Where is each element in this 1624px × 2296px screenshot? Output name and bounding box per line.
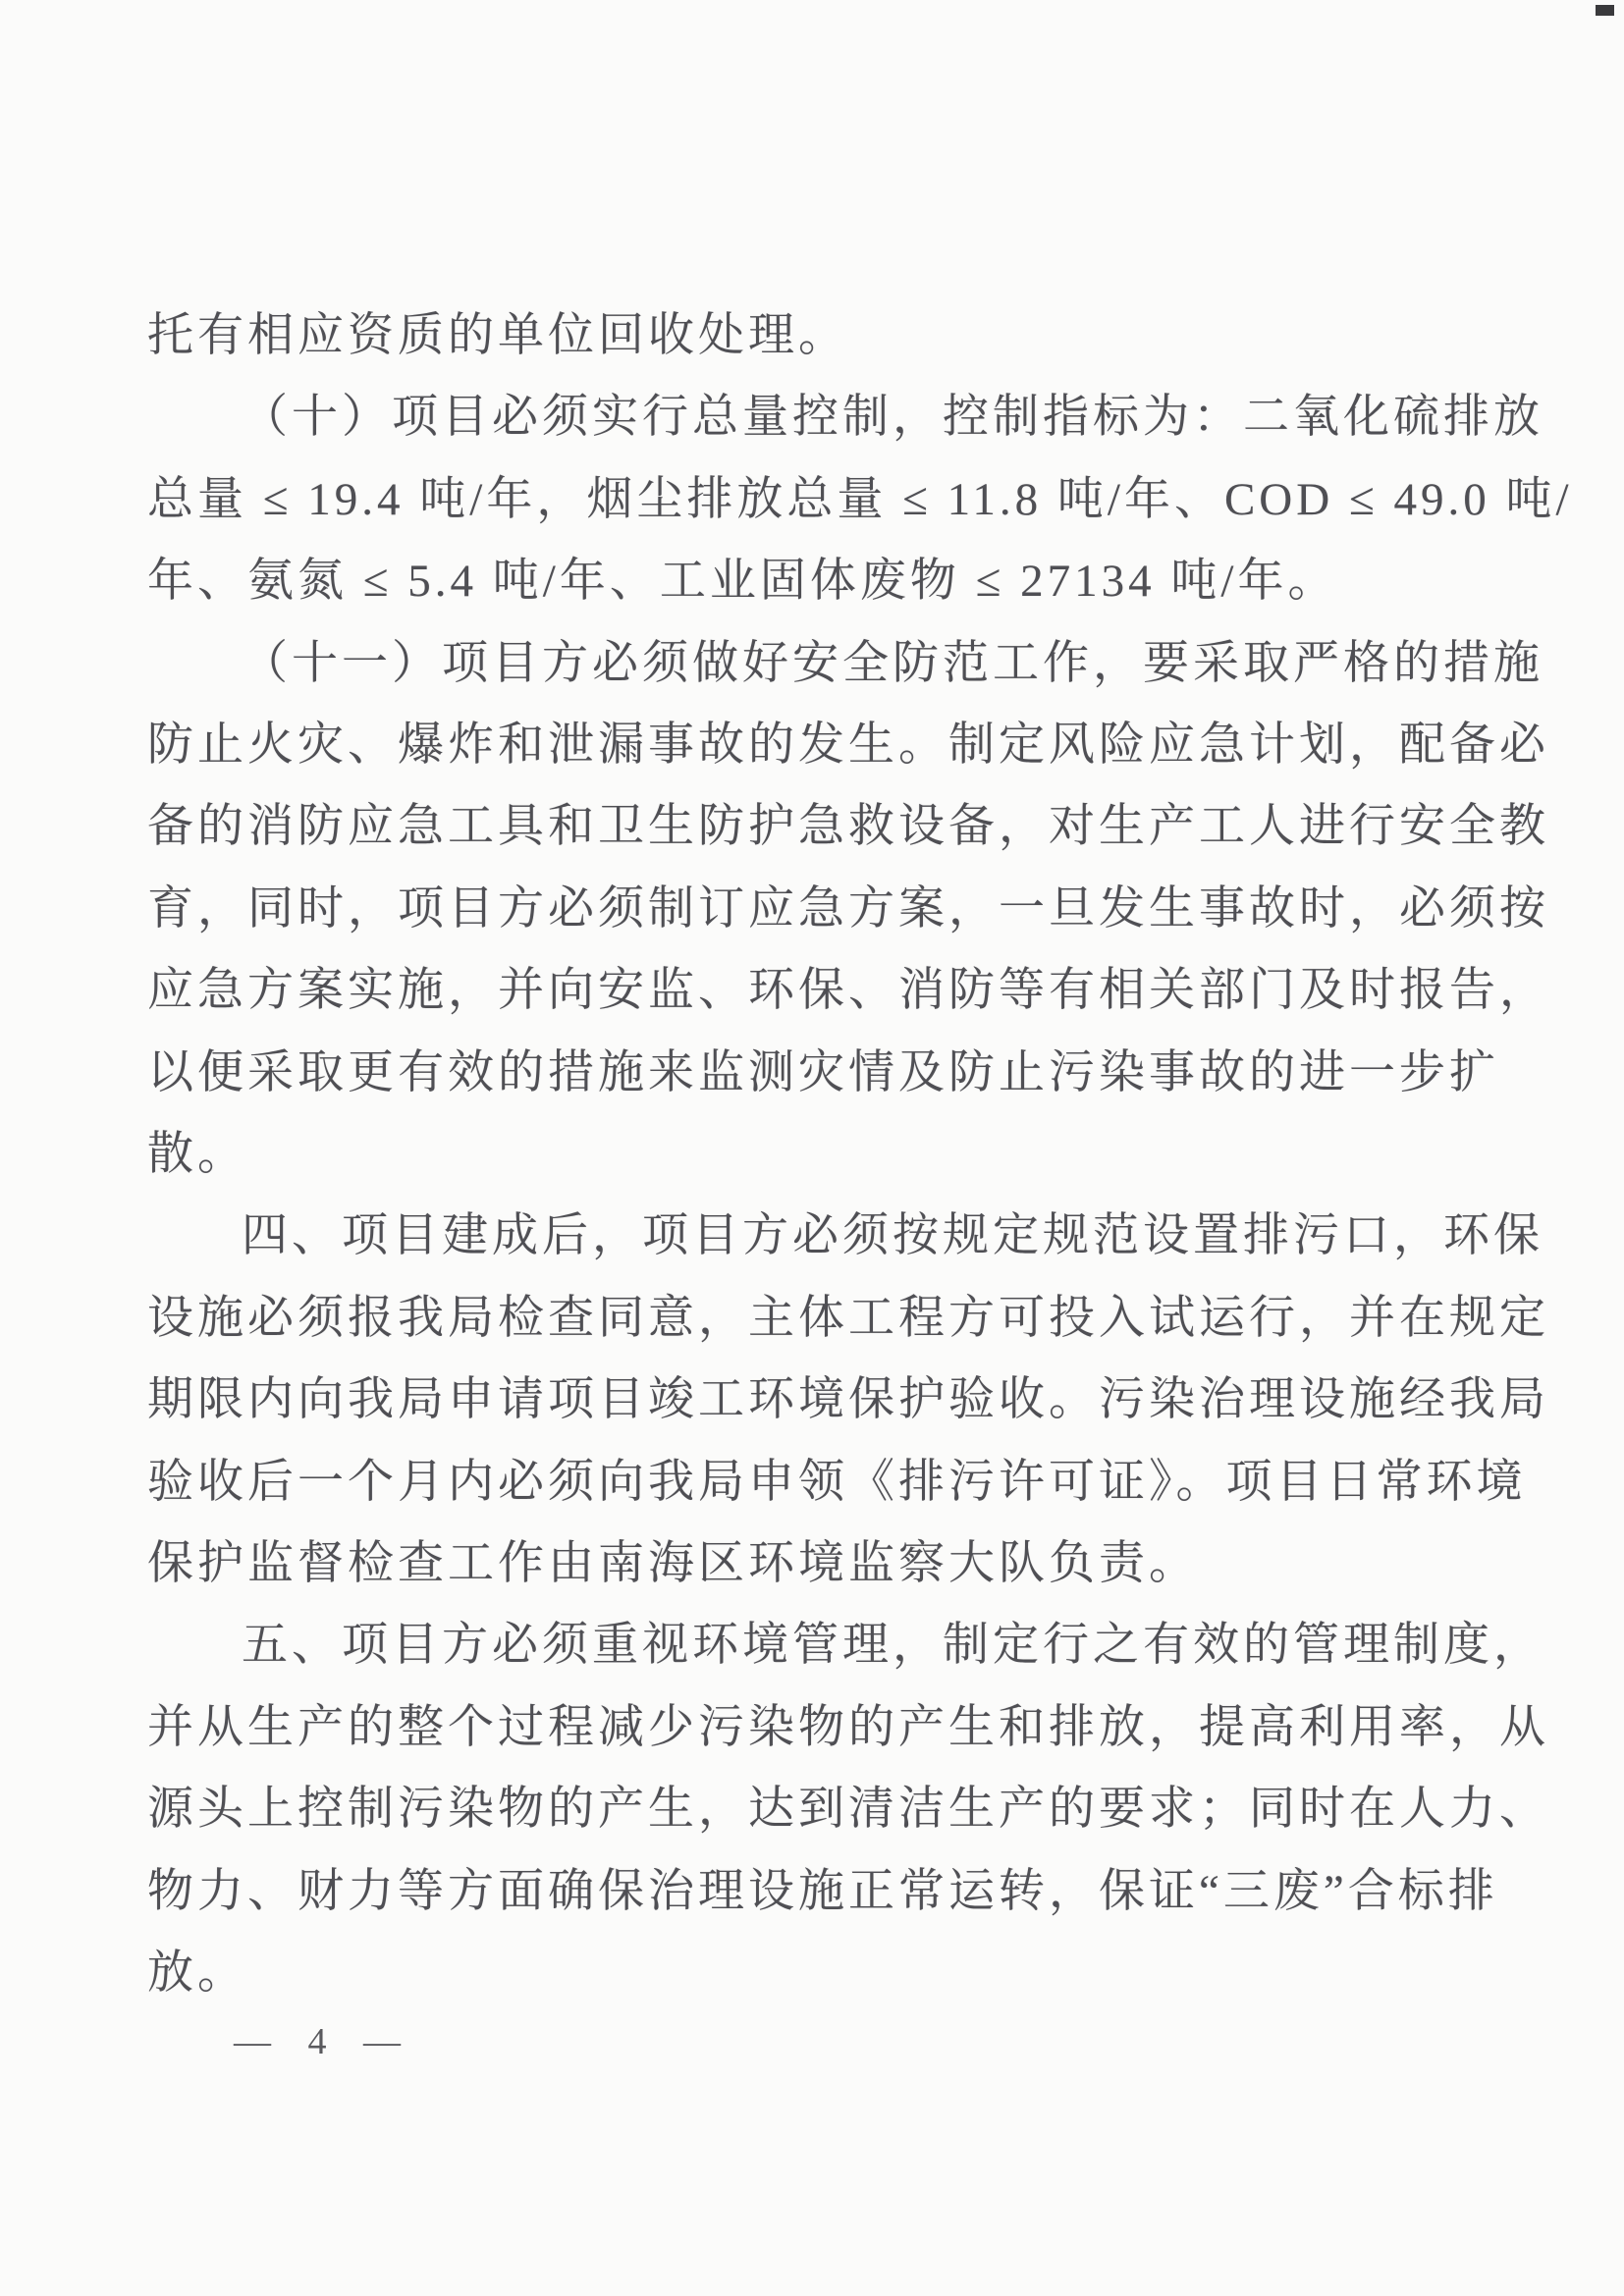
text-line: 总量 ≤ 19.4 吨/年，烟尘排放总量 ≤ 11.8 吨/年、COD ≤ 49…: [147, 470, 1542, 539]
text-line: 物力、财力等方面确保治理设施正常运转，保证“三废”合标排: [147, 1862, 1542, 1931]
text-line: 期限内向我局申请项目竣工环境保护验收。污染治理设施经我局: [147, 1370, 1542, 1439]
text-line: 验收后一个月内必须向我局申领《排污许可证》。项目日常环境: [147, 1453, 1542, 1522]
text-line: 年、氨氮 ≤ 5.4 吨/年、工业固体废物 ≤ 27134 吨/年。: [147, 552, 1542, 620]
text-line: 五、项目方必须重视环境管理，制定行之有效的管理制度，: [147, 1616, 1624, 1684]
text-line: 设施必须报我局检查同意，主体工程方可投入试运行，并在规定: [147, 1289, 1542, 1358]
scan-artifact-mark: [1596, 5, 1614, 16]
text-line: 放。: [147, 1944, 1542, 2012]
text-line: 托有相应资质的单位回收处理。: [147, 306, 1542, 375]
text-line: （十一）项目方必须做好安全防范工作，要采取严格的措施: [147, 634, 1624, 703]
page-number: — 4 —: [234, 2020, 414, 2063]
text-line: 保护监督检查工作由南海区环境监察大队负责。: [147, 1534, 1542, 1603]
text-line: 以便采取更有效的措施来监测灾情及防止污染事故的进一步扩: [147, 1043, 1542, 1112]
text-line: 四、项目建成后，项目方必须按规定规范设置排污口，环保: [147, 1206, 1624, 1275]
text-line: 并从生产的整个过程减少污染物的产生和排放，提高利用率，从: [147, 1698, 1542, 1767]
text-line: 散。: [147, 1125, 1542, 1194]
text-line: 备的消防应急工具和卫生防护急救设备，对生产工人进行安全教: [147, 797, 1542, 866]
text-line: 育，同时，项目方必须制订应急方案，一旦发生事故时，必须按: [147, 880, 1542, 948]
document-page: 托有相应资质的单位回收处理。（十）项目必须实行总量控制，控制指标为：二氧化硫排放…: [0, 0, 1624, 2296]
text-line: 应急方案实施，并向安监、环保、消防等有相关部门及时报告，: [147, 961, 1542, 1030]
text-line: 源头上控制污染物的产生，达到清洁生产的要求；同时在人力、: [147, 1780, 1542, 1848]
text-line: （十）项目必须实行总量控制，控制指标为：二氧化硫排放: [147, 388, 1624, 456]
text-line: 防止火灾、爆炸和泄漏事故的发生。制定风险应急计划，配备必: [147, 716, 1542, 784]
